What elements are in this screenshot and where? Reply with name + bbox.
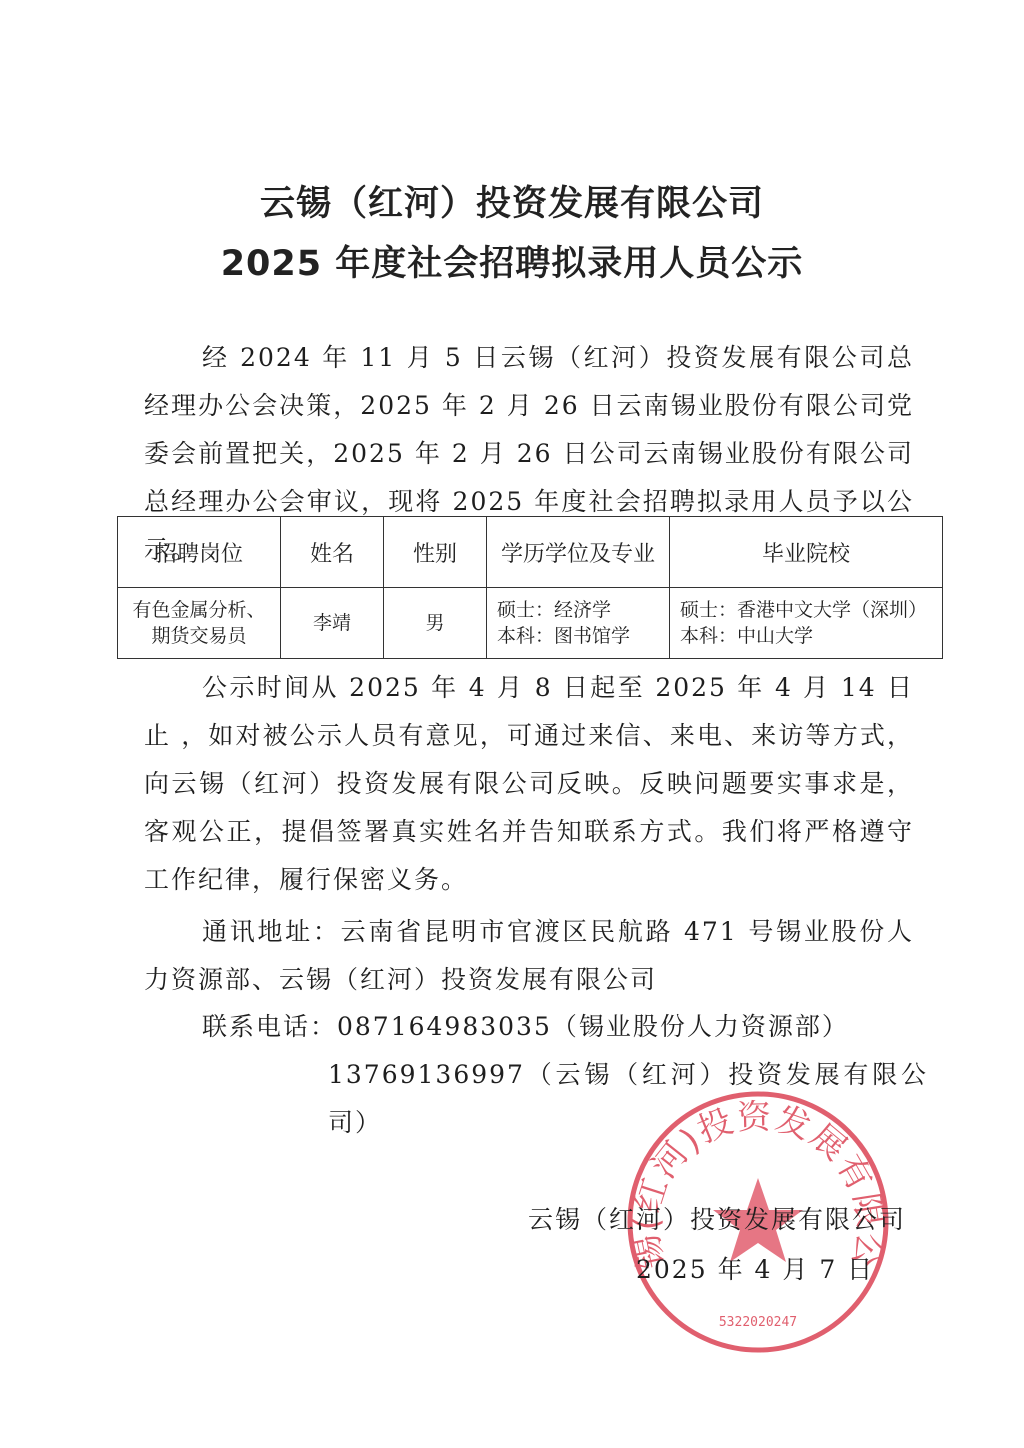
school-line2: 本科：中山大学 [680, 623, 936, 649]
document-title-line2: 2025 年度社会招聘拟录用人员公示 [0, 236, 1024, 286]
cell-school: 硕士：香港中文大学（深圳） 本科：中山大学 [670, 588, 943, 659]
svg-text:云锡(红河)投资发展有限公司: 云锡(红河)投资发展有限公司 [622, 1086, 890, 1273]
position-line1: 有色金属分析、 [124, 597, 274, 623]
header-school: 毕业院校 [670, 517, 943, 588]
degree-line2: 本科：图书馆学 [497, 623, 663, 649]
degree-line1: 硕士：经济学 [497, 597, 663, 623]
header-position: 招聘岗位 [118, 517, 281, 588]
header-gender: 性别 [384, 517, 487, 588]
school-line1: 硕士：香港中文大学（深圳） [680, 597, 936, 623]
table-row: 有色金属分析、 期货交易员 李靖 男 硕士：经济学 本科：图书馆学 硕士：香港中… [118, 588, 943, 659]
position-line2: 期货交易员 [124, 623, 274, 649]
recruitment-table: 招聘岗位 姓名 性别 学历学位及专业 毕业院校 有色金属分析、 期货交易员 李靖… [117, 516, 943, 659]
cell-name: 李靖 [281, 588, 384, 659]
cell-position: 有色金属分析、 期货交易员 [118, 588, 281, 659]
signature-organization: 云锡（红河）投资发展有限公司 [528, 1200, 906, 1236]
table-header-row: 招聘岗位 姓名 性别 学历学位及专业 毕业院校 [118, 517, 943, 588]
phone-line1: 联系电话：087164983035（锡业股份人力资源部） [144, 1003, 914, 1051]
notice-paragraph: 公示时间从 2025 年 4 月 8 日起至 2025 年 4 月 14 日止 … [144, 664, 914, 904]
header-name: 姓名 [281, 517, 384, 588]
svg-text:5322020247: 5322020247 [719, 1315, 797, 1330]
address-paragraph: 通讯地址：云南省昆明市官渡区民航路 471 号锡业股份人力资源部、云锡（红河）投… [144, 908, 914, 1004]
cell-gender: 男 [384, 588, 487, 659]
document-title-line1: 云锡（红河）投资发展有限公司 [0, 176, 1024, 226]
header-degree: 学历学位及专业 [487, 517, 670, 588]
signature-date: 2025 年 4 月 7 日 [636, 1250, 874, 1286]
cell-degree: 硕士：经济学 本科：图书馆学 [487, 588, 670, 659]
